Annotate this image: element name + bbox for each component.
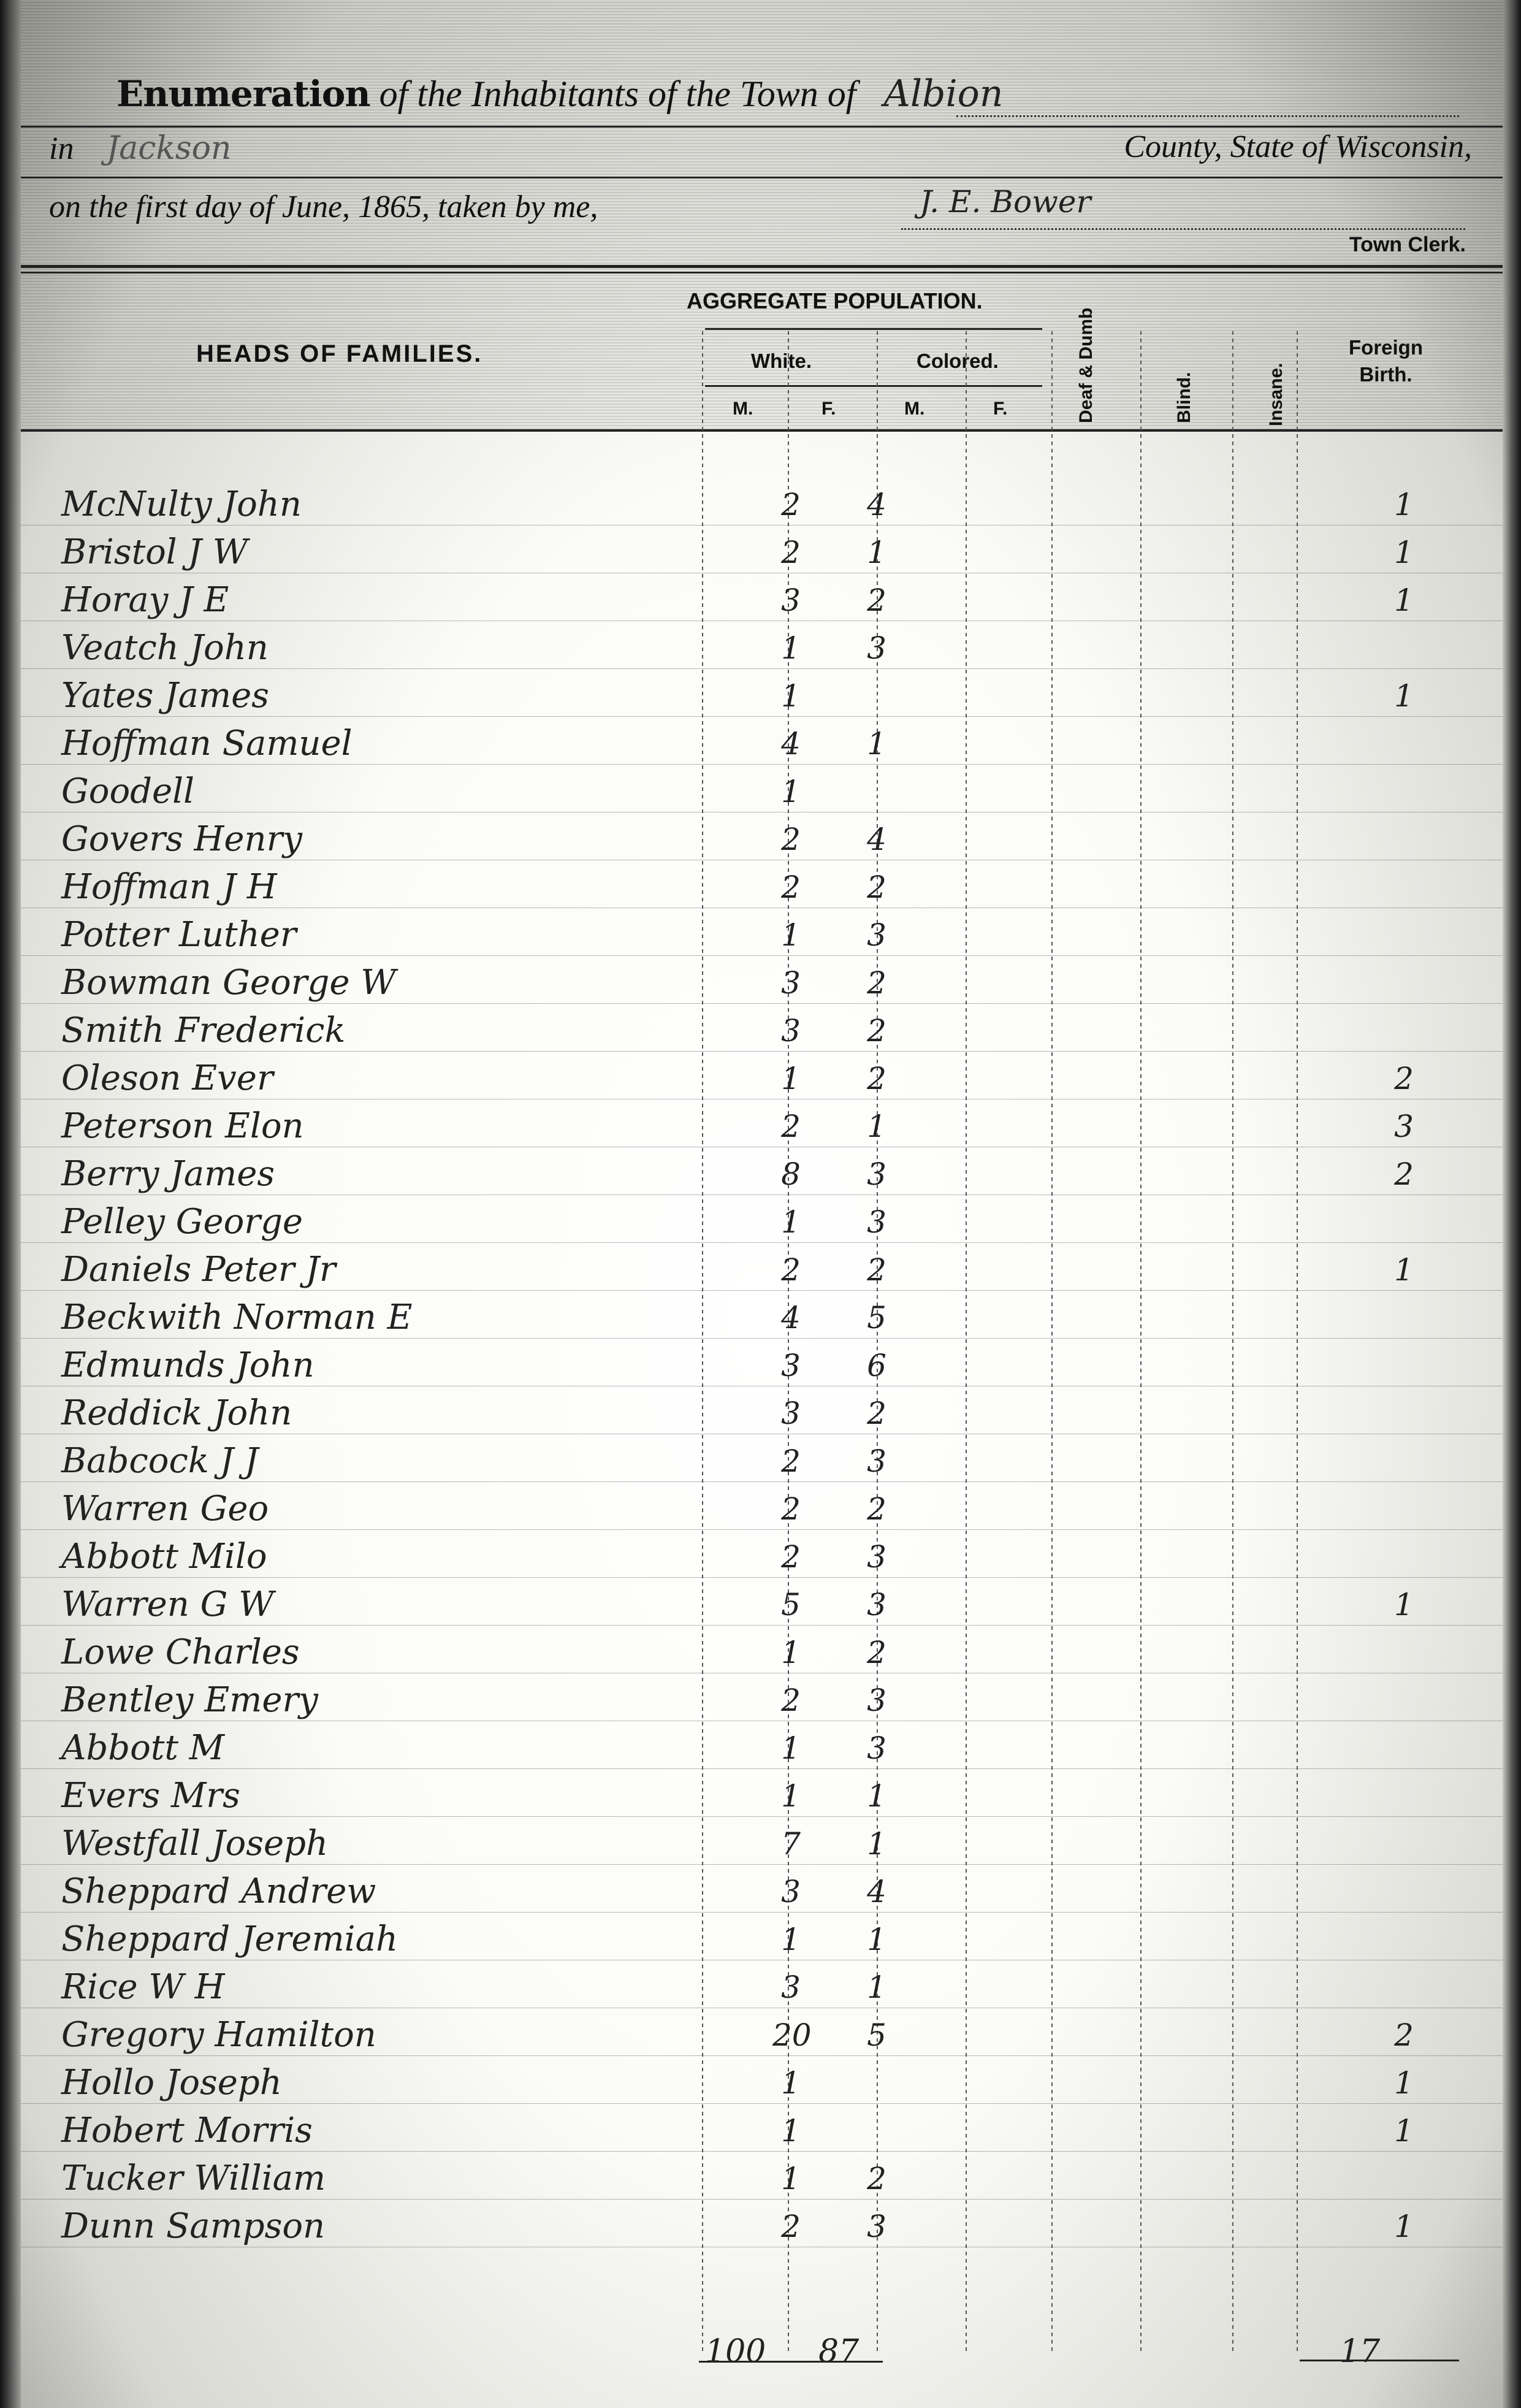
town-name: Albion — [883, 72, 1003, 115]
row-divider — [21, 860, 1503, 860]
town-clerk-label: Town Clerk. — [1349, 233, 1466, 257]
total-white-female: 87 — [818, 2333, 859, 2370]
head-of-family-name: Abbott M — [61, 1728, 224, 1768]
title-prefix: Enumeration — [116, 73, 370, 115]
row-divider — [21, 1673, 1503, 1673]
table-row: Rice W H31 — [49, 1967, 1459, 2009]
white-male-count: 2 — [772, 1491, 809, 1527]
white-male-count: 1 — [772, 630, 809, 666]
head-of-family-name: Oleson Ever — [61, 1058, 273, 1098]
table-row: Berry James832 — [49, 1154, 1459, 1196]
colored-female-header: F. — [993, 399, 1007, 419]
white-male-count: 20 — [772, 2017, 809, 2053]
county-state-label: County, State of Wisconsin, — [1124, 129, 1472, 165]
foreign-birth-count: 1 — [1386, 1587, 1422, 1623]
head-of-family-name: Hoffman J H — [61, 867, 277, 907]
table-row: Smith Frederick32 — [49, 1011, 1459, 1052]
white-female-count: 2 — [858, 1061, 895, 1096]
table-row: Hobert Morris11 — [49, 2111, 1459, 2152]
white-male-count: 2 — [772, 822, 809, 857]
white-male-count: 1 — [772, 1204, 809, 1240]
white-female-count: 1 — [858, 1778, 895, 1814]
row-divider — [21, 1529, 1503, 1530]
white-male-count: 2 — [772, 487, 809, 522]
table-row: Gregory Hamilton2052 — [49, 2015, 1459, 2057]
head-of-family-name: Govers Henry — [61, 819, 302, 859]
white-male-count: 3 — [772, 1396, 809, 1431]
white-male-count: 1 — [772, 1635, 809, 1670]
colored-male-header: M. — [904, 399, 924, 419]
table-row: Potter Luther13 — [49, 915, 1459, 957]
row-divider — [21, 1147, 1503, 1147]
white-female-count: 2 — [858, 1013, 895, 1049]
foreign-birth-count: 1 — [1386, 2113, 1422, 2149]
head-of-family-name: Hoffman Samuel — [61, 724, 353, 763]
foreign-birth-count: 2 — [1386, 1156, 1422, 1192]
row-divider — [21, 1816, 1503, 1817]
white-female-count: 6 — [858, 1348, 895, 1383]
table-row: Abbott M13 — [49, 1728, 1459, 1770]
white-female-count: 2 — [858, 1252, 895, 1288]
white-male-count: 4 — [772, 726, 809, 762]
white-female-count: 2 — [858, 583, 895, 618]
row-divider — [21, 2247, 1503, 2247]
table-row: Edmunds John36 — [49, 1345, 1459, 1387]
white-male-count: 1 — [772, 1730, 809, 1766]
white-male-count: 3 — [772, 583, 809, 618]
white-female-count: 1 — [858, 1970, 895, 2005]
head-of-family-name: Rice W H — [61, 1967, 225, 2007]
row-divider — [21, 668, 1503, 669]
table-row: Reddick John32 — [49, 1393, 1459, 1435]
foreign-birth-count: 1 — [1386, 2065, 1422, 2101]
table-row: McNulty John241 — [49, 484, 1459, 526]
head-of-family-name: Gregory Hamilton — [61, 2015, 376, 2055]
total-white-male: 100 — [705, 2333, 766, 2370]
white-male-count: 2 — [772, 535, 809, 570]
head-of-family-name: Smith Frederick — [61, 1011, 345, 1050]
white-female-count: 2 — [858, 1396, 895, 1431]
foreign-birth-count: 1 — [1386, 2209, 1422, 2244]
white-male-count: 1 — [772, 1778, 809, 1814]
aggregate-population-header: AGGREGATE POPULATION. — [687, 288, 983, 314]
white-male-count: 3 — [772, 1013, 809, 1049]
foreign-birth-count: 1 — [1386, 1252, 1422, 1288]
table-row: Evers Mrs11 — [49, 1776, 1459, 1817]
head-of-family-name: Beckwith Norman E — [61, 1298, 413, 1337]
white-female-header: F. — [821, 399, 836, 419]
row-divider — [21, 2055, 1503, 2056]
table-row: Warren Geo22 — [49, 1489, 1459, 1531]
white-male-count: 1 — [772, 2065, 809, 2101]
head-of-family-name: Reddick John — [61, 1393, 292, 1433]
white-female-count: 3 — [858, 1204, 895, 1240]
white-male-count: 1 — [772, 678, 809, 714]
row-divider — [21, 908, 1503, 908]
white-male-count: 2 — [772, 1109, 809, 1144]
header-top-rule — [21, 265, 1503, 268]
white-female-count: 1 — [858, 1826, 895, 1862]
table-row: Sheppard Jeremiah11 — [49, 1919, 1459, 1961]
row-divider — [21, 764, 1503, 765]
head-of-family-name: Hollo Joseph — [61, 2063, 282, 2103]
date-line: on the first day of June, 1865, taken by… — [49, 189, 598, 225]
head-of-family-name: Potter Luther — [61, 915, 297, 955]
foreign-birth-count: 2 — [1386, 2017, 1422, 2053]
row-divider — [21, 2151, 1503, 2152]
white-female-count: 5 — [858, 1300, 895, 1336]
colored-header: Colored. — [917, 350, 999, 373]
row-divider — [21, 955, 1503, 956]
white-female-count: 4 — [858, 1874, 895, 1909]
white-male-count: 1 — [772, 2161, 809, 2196]
title-text: of the Inhabitants of the Town of — [379, 74, 856, 114]
head-of-family-name: Warren Geo — [61, 1489, 269, 1529]
county-rule — [21, 177, 1503, 178]
table-row: Oleson Ever122 — [49, 1058, 1459, 1100]
table-row: Pelley George13 — [49, 1202, 1459, 1244]
row-divider — [21, 1577, 1503, 1578]
row-divider — [21, 1721, 1503, 1721]
foreign-birth-count: 1 — [1386, 487, 1422, 522]
head-of-family-name: Berry James — [61, 1154, 275, 1194]
aggpop-rule — [705, 328, 1042, 330]
table-row: Horay J E321 — [49, 580, 1459, 622]
deaf-dumb-header: Deaf & Dumb — [1076, 308, 1097, 423]
head-of-family-name: Veatch John — [61, 628, 269, 668]
heads-of-families-header: HEADS OF FAMILIES. — [196, 340, 482, 368]
row-divider — [21, 1960, 1503, 1960]
head-of-family-name: Tucker William — [61, 2158, 326, 2198]
white-male-count: 2 — [772, 1539, 809, 1575]
head-of-family-name: Sheppard Jeremiah — [61, 1919, 398, 1959]
table-row: Westfall Joseph71 — [49, 1824, 1459, 1865]
table-row: Sheppard Andrew34 — [49, 1871, 1459, 1913]
head-of-family-name: McNulty John — [61, 484, 302, 524]
table-row: Warren G W531 — [49, 1584, 1459, 1626]
white-female-count: 2 — [858, 965, 895, 1001]
table-row: Yates James11 — [49, 676, 1459, 717]
white-female-count: 1 — [858, 1922, 895, 1957]
row-divider — [21, 1912, 1503, 1913]
scan-edge-right — [1503, 0, 1521, 2408]
white-female-count: 2 — [858, 1491, 895, 1527]
row-divider — [21, 1338, 1503, 1339]
foreign-birth-count: 3 — [1386, 1109, 1422, 1144]
table-row: Hollo Joseph11 — [49, 2063, 1459, 2104]
row-divider — [21, 812, 1503, 812]
county-prefix: in Jackson — [49, 130, 231, 167]
header-top-rule-2 — [21, 272, 1503, 273]
table-row: Tucker William12 — [49, 2158, 1459, 2200]
white-female-count: 3 — [858, 1156, 895, 1192]
white-female-count: 1 — [858, 726, 895, 762]
row-divider — [21, 573, 1503, 573]
in-label: in — [49, 131, 74, 166]
table-row: Peterson Elon213 — [49, 1106, 1459, 1148]
form-title: Enumeration of the Inhabitants of the To… — [116, 72, 1003, 115]
white-male-count: 8 — [772, 1156, 809, 1192]
county-name: Jackson — [106, 130, 231, 167]
head-of-family-name: Evers Mrs — [61, 1776, 240, 1816]
table-row: Babcock J J23 — [49, 1441, 1459, 1483]
table-row: Goodell1 — [49, 771, 1459, 813]
white-male-count: 1 — [772, 1061, 809, 1096]
row-divider — [21, 1290, 1503, 1291]
blind-header: Blind. — [1174, 372, 1195, 423]
white-female-count: 3 — [858, 1730, 895, 1766]
table-row: Bentley Emery23 — [49, 1680, 1459, 1722]
table-row: Abbott Milo23 — [49, 1537, 1459, 1578]
row-divider — [21, 1099, 1503, 1099]
white-male-count: 3 — [772, 1874, 809, 1909]
row-divider — [21, 621, 1503, 621]
head-of-family-name: Goodell — [61, 771, 194, 811]
table-row: Daniels Peter Jr221 — [49, 1250, 1459, 1291]
head-of-family-name: Bentley Emery — [61, 1680, 318, 1720]
head-of-family-name: Hobert Morris — [61, 2111, 313, 2150]
white-female-count: 3 — [858, 1443, 895, 1479]
table-row: Hoffman J H22 — [49, 867, 1459, 909]
head-of-family-name: Peterson Elon — [61, 1106, 304, 1146]
head-of-family-name: Babcock J J — [61, 1441, 258, 1481]
foreign-birth-count: 1 — [1386, 583, 1422, 618]
table-row: Beckwith Norman E45 — [49, 1298, 1459, 1339]
head-of-family-name: Edmunds John — [61, 1345, 314, 1385]
head-of-family-name: Westfall Joseph — [61, 1824, 328, 1863]
white-male-header: M. — [733, 399, 753, 419]
white-female-count: 1 — [858, 1109, 895, 1144]
white-female-count: 2 — [858, 2161, 895, 2196]
table-row: Veatch John13 — [49, 628, 1459, 670]
header-bottom-rule — [21, 429, 1503, 432]
white-male-count: 3 — [772, 1348, 809, 1383]
white-female-count: 4 — [858, 822, 895, 857]
head-of-family-name: Sheppard Andrew — [61, 1871, 376, 1911]
white-male-count: 2 — [772, 1252, 809, 1288]
row-divider — [21, 1003, 1503, 1004]
row-divider — [21, 1434, 1503, 1434]
table-row: Govers Henry24 — [49, 819, 1459, 861]
head-of-family-name: Abbott Milo — [61, 1537, 267, 1577]
row-divider — [21, 1625, 1503, 1626]
clerk-signature: J. E. Bower — [920, 184, 1091, 220]
white-female-count: 4 — [858, 487, 895, 522]
white-male-count: 7 — [772, 1826, 809, 1862]
foreign-birth-count: 1 — [1386, 535, 1422, 570]
title-rule — [21, 126, 1503, 128]
white-male-count: 1 — [772, 917, 809, 953]
row-divider — [21, 2103, 1503, 2104]
head-of-family-name: Bowman George W — [61, 963, 396, 1003]
row-divider — [21, 1242, 1503, 1243]
white-header: White. — [751, 350, 812, 373]
white-male-count: 3 — [772, 1970, 809, 2005]
white-male-count: 5 — [772, 1587, 809, 1623]
town-dotted-line — [956, 115, 1459, 117]
census-page: Enumeration of the Inhabitants of the To… — [0, 0, 1521, 2408]
total-foreign-birth: 17 — [1340, 2333, 1380, 2370]
row-divider — [21, 2199, 1503, 2200]
row-divider — [21, 1194, 1503, 1195]
white-female-count: 3 — [858, 1587, 895, 1623]
head-of-family-name: Bristol J W — [61, 532, 248, 572]
head-of-family-name: Dunn Sampson — [61, 2206, 325, 2246]
foreign-birth-count: 2 — [1386, 1061, 1422, 1096]
white-female-count: 3 — [858, 917, 895, 953]
row-divider — [21, 2008, 1503, 2008]
white-male-count: 4 — [772, 1300, 809, 1336]
foreign-label: Foreign — [1349, 334, 1423, 361]
foreign-birth-header: Foreign Birth. — [1349, 334, 1423, 388]
subheader-rule — [705, 385, 1042, 387]
foreign-birth-count: 1 — [1386, 678, 1422, 714]
white-male-count: 1 — [772, 1922, 809, 1957]
head-of-family-name: Lowe Charles — [61, 1632, 300, 1672]
white-male-count: 1 — [772, 2113, 809, 2149]
insane-header: Insane. — [1266, 363, 1287, 426]
row-divider — [21, 1864, 1503, 1865]
white-male-count: 2 — [772, 2209, 809, 2244]
row-divider — [21, 716, 1503, 717]
row-divider — [21, 1386, 1503, 1386]
row-divider — [21, 1481, 1503, 1482]
white-female-count: 2 — [858, 1635, 895, 1670]
white-female-count: 5 — [858, 2017, 895, 2053]
scan-edge-left — [0, 0, 21, 2408]
head-of-family-name: Pelley George — [61, 1202, 303, 1242]
table-row: Dunn Sampson231 — [49, 2206, 1459, 2248]
white-male-count: 2 — [772, 870, 809, 905]
white-male-count: 3 — [772, 965, 809, 1001]
white-female-count: 2 — [858, 870, 895, 905]
white-male-count: 1 — [772, 774, 809, 809]
row-divider — [21, 525, 1503, 526]
head-of-family-name: Daniels Peter Jr — [61, 1250, 336, 1290]
white-female-count: 3 — [858, 1539, 895, 1575]
white-female-count: 1 — [858, 535, 895, 570]
white-female-count: 3 — [858, 1683, 895, 1718]
table-row: Bristol J W211 — [49, 532, 1459, 574]
table-row: Bowman George W32 — [49, 963, 1459, 1004]
clerk-dotted-line — [901, 228, 1465, 230]
head-of-family-name: Horay J E — [61, 580, 229, 620]
white-male-count: 2 — [772, 1683, 809, 1718]
white-female-count: 3 — [858, 630, 895, 666]
white-female-count: 3 — [858, 2209, 895, 2244]
row-divider — [21, 1768, 1503, 1769]
table-row: Hoffman Samuel41 — [49, 724, 1459, 765]
table-row: Lowe Charles12 — [49, 1632, 1459, 1674]
birth-label: Birth. — [1349, 361, 1423, 388]
row-divider — [21, 1051, 1503, 1052]
head-of-family-name: Yates James — [61, 676, 269, 716]
white-male-count: 2 — [772, 1443, 809, 1479]
head-of-family-name: Warren G W — [61, 1584, 274, 1624]
